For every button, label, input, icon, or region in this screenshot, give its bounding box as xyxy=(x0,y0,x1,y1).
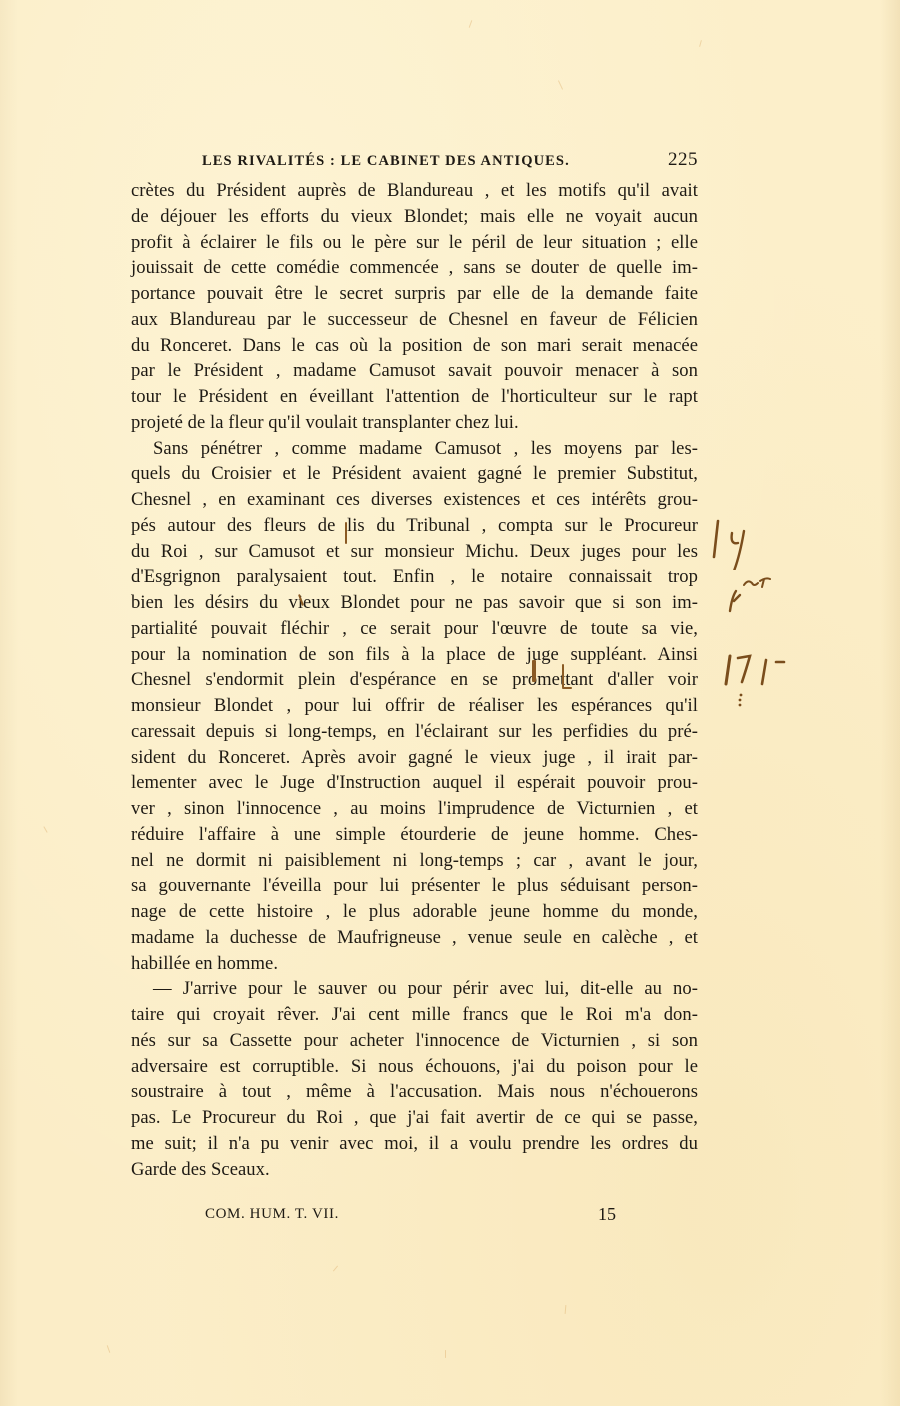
body-text: crètes du Président auprès de Blandureau… xyxy=(131,178,698,1182)
text-line: me suit; il n'a pu venir avec moi, il a … xyxy=(131,1131,698,1157)
book-page: LES RIVALITÉS : LE CABINET DES ANTIQUES.… xyxy=(0,0,900,1406)
text-line: du Roi , sur Camusot et sur monsieur Mic… xyxy=(131,539,698,565)
text-line: soustraire à tout , même à l'accusation.… xyxy=(131,1079,698,1105)
paragraph-start-line: Sans pénétrer , comme madame Camusot , l… xyxy=(131,436,698,462)
text-line: caressait depuis si long-temps, en l'écl… xyxy=(131,719,698,745)
text-line: projeté de la fleur qu'il voulait transp… xyxy=(131,410,698,436)
paragraph-start-line: — J'arrive pour le sauver ou pour périr … xyxy=(131,976,698,1002)
text-line: Garde des Sceaux. xyxy=(131,1157,698,1183)
paper-fiber xyxy=(333,1265,338,1271)
text-line: bien les désirs du vieux Blondet pour ne… xyxy=(131,590,698,616)
ink-mark-lis xyxy=(345,522,347,544)
text-line: madame la duchesse de Maufrigneuse , ven… xyxy=(131,925,698,951)
text-line: ver , sinon l'innocence , au moins l'imp… xyxy=(131,796,698,822)
text-line: crètes du Président auprès de Blandureau… xyxy=(131,178,698,204)
text-line: adversaire est corruptible. Si nous écho… xyxy=(131,1054,698,1080)
text-line: pés autour des fleurs de lis du Tribunal… xyxy=(131,513,698,539)
text-line: sa gouvernante l'éveilla pour lui présen… xyxy=(131,873,698,899)
text-line: par le Président , madame Camusot savait… xyxy=(131,358,698,384)
text-line: tour le Président en éveillant l'attenti… xyxy=(131,384,698,410)
page-number: 225 xyxy=(668,149,698,171)
ink-mark-juge-close xyxy=(562,664,564,688)
margin-annotation xyxy=(720,650,810,715)
running-head: LES RIVALITÉS : LE CABINET DES ANTIQUES.… xyxy=(200,150,700,174)
text-line: sident du Ronceret. Après avoir gagné le… xyxy=(131,745,698,771)
text-line: lementer avec le Juge d'Instruction auqu… xyxy=(131,770,698,796)
text-line: de déjouer les efforts du vieux Blondet;… xyxy=(131,204,698,230)
text-line: quels du Croisier et le Président avaien… xyxy=(131,461,698,487)
text-line: aux Blandureau par le successeur de Ches… xyxy=(131,307,698,333)
text-line: nel ne dormit ni paisiblement ni long-te… xyxy=(131,848,698,874)
text-line: Chesnel s'endormit plein d'espérance en … xyxy=(131,667,698,693)
text-line: d'Esgrignon paralysaient tout. Enfin , l… xyxy=(131,564,698,590)
text-line: pas. Le Procureur du Roi , que j'ai fait… xyxy=(131,1105,698,1131)
margin-annotation xyxy=(720,575,790,615)
text-line: habillée en homme. xyxy=(131,951,698,977)
text-line: portance pouvait être le secret surpris … xyxy=(131,281,698,307)
ink-mark-juge-open xyxy=(532,660,536,682)
paper-fiber xyxy=(558,80,563,89)
text-line: partialité pouvait fléchir , ce serait p… xyxy=(131,616,698,642)
running-head-title: LES RIVALITÉS : LE CABINET DES ANTIQUES. xyxy=(202,153,570,170)
text-line: taire qui croyait rêver. J'ai cent mille… xyxy=(131,1002,698,1028)
text-line: jouissait de cette comédie commencée , s… xyxy=(131,255,698,281)
ink-mark-juge-underline xyxy=(562,687,572,689)
text-line: pour la nomination de son fils à la plac… xyxy=(131,642,698,668)
paper-fiber xyxy=(565,1305,567,1314)
paper-fiber xyxy=(43,826,47,833)
text-line: du Ronceret. Dans le cas où la position … xyxy=(131,333,698,359)
signature-mark: COM. HUM. T. VII. xyxy=(205,1206,339,1223)
paper-fiber xyxy=(445,1350,446,1358)
margin-annotation xyxy=(700,515,760,570)
paper-fiber xyxy=(699,40,702,47)
text-line: nés sur sa Cassette pour acheter l'innoc… xyxy=(131,1028,698,1054)
sheet-number: 15 xyxy=(598,1204,616,1225)
text-line: profit à éclairer le fils ou le père sur… xyxy=(131,230,698,256)
page-footer: COM. HUM. T. VII. 15 xyxy=(0,1206,900,1232)
text-line: nage de cette histoire , le plus adorabl… xyxy=(131,899,698,925)
paper-fiber xyxy=(469,20,473,28)
text-line: monsieur Blondet , pour lui offrir de ré… xyxy=(131,693,698,719)
text-line: Chesnel , en examinant ces diverses exis… xyxy=(131,487,698,513)
paper-fiber xyxy=(107,1345,111,1353)
text-line: réduire l'affaire à une simple étourderi… xyxy=(131,822,698,848)
